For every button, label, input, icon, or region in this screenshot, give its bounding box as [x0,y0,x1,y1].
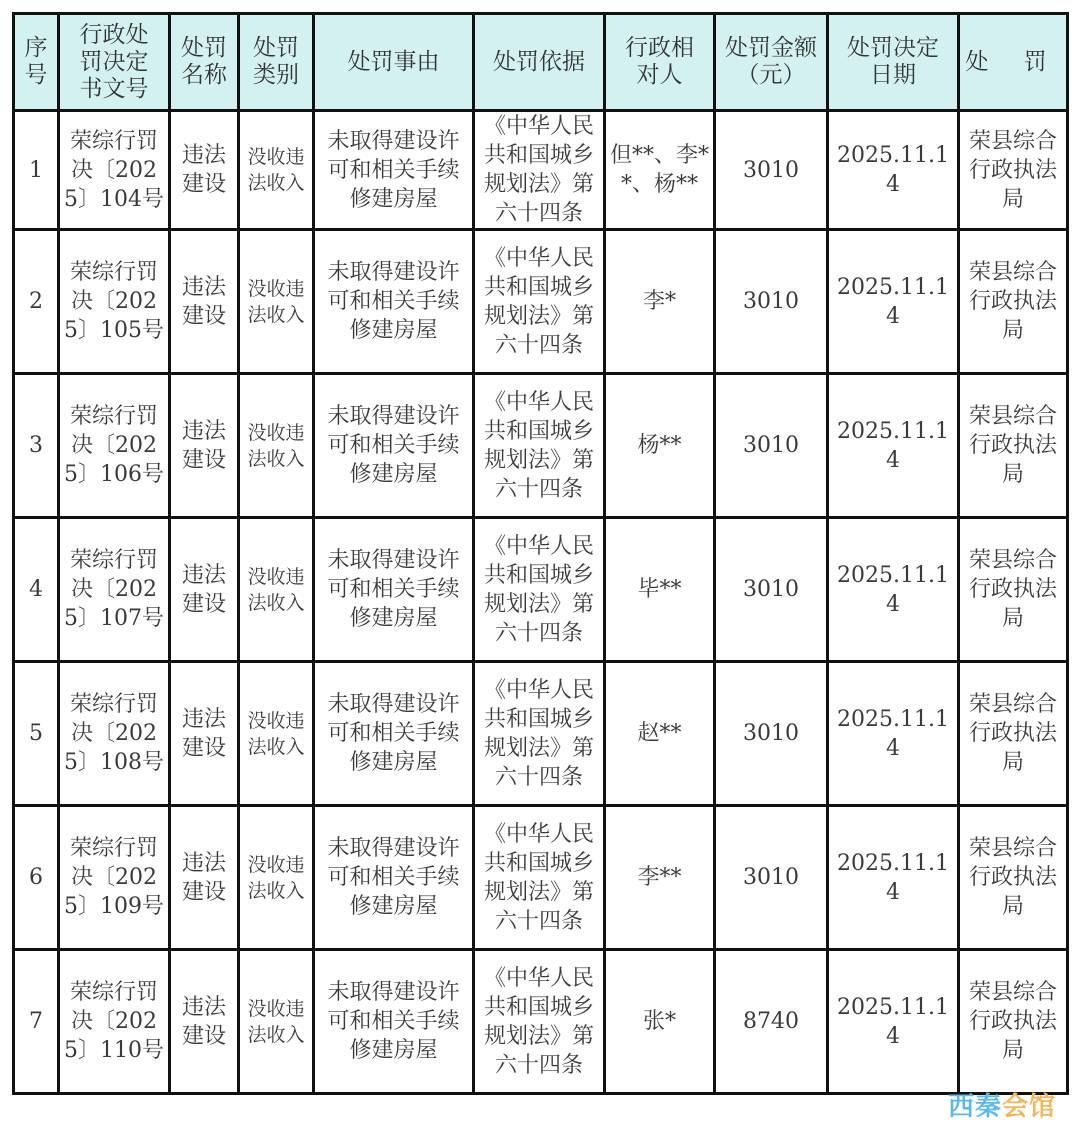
cell-reason: 未取得建设许可和相关手续修建房屋 [314,111,474,230]
header-reason: 处罚事由 [314,14,474,111]
header-row: 序号 行政处罚决定书文号 处罚名称 处罚类别 处罚事由 处罚依据 行政相对人 处… [14,14,1068,111]
header-line: 行政相 [608,35,711,62]
cell-amount: 3010 [715,518,828,662]
cell-no: 5 [14,662,59,806]
cell-doc-no: 荣综行罚决〔2025〕108号 [59,662,170,806]
header-line: 名称 [173,62,235,89]
table-row: 1荣综行罚决〔2025〕104号违法建设没收违法收入未取得建设许可和相关手续修建… [14,111,1068,230]
header-line: （元） [718,62,824,89]
header-line: 处罚决定 [831,35,955,62]
cell-party: 李* [605,230,715,374]
cell-date: 2025.11.14 [828,374,959,518]
cell-doc-no: 荣综行罚决〔2025〕110号 [59,950,170,1094]
cell-basis: 《中华人民共和国城乡规划法》第六十四条 [474,806,605,950]
cell-penalty-name: 违法建设 [170,230,239,374]
cell-amount: 3010 [715,806,828,950]
cell-penalty-name: 违法建设 [170,950,239,1094]
header-line: 序 [17,35,55,62]
cell-authority: 荣县综合行政执法局 [959,230,1068,374]
header-line: 书文号 [62,76,166,103]
header-basis: 处罚依据 [474,14,605,111]
table-row: 3荣综行罚决〔2025〕106号违法建设没收违法收入未取得建设许可和相关手续修建… [14,374,1068,518]
cell-authority: 荣县综合行政执法局 [959,374,1068,518]
cell-doc-no: 荣综行罚决〔2025〕109号 [59,806,170,950]
header-line: 处罚 [242,35,310,62]
cell-authority: 荣县综合行政执法局 [959,111,1068,230]
header-line: 处罚金额 [718,35,824,62]
cell-penalty-name: 违法建设 [170,806,239,950]
header-doc-no: 行政处罚决定书文号 [59,14,170,111]
cell-no: 6 [14,806,59,950]
header-line: 处罚依据 [477,49,601,76]
cell-basis: 《中华人民共和国城乡规划法》第六十四条 [474,230,605,374]
cell-amount: 3010 [715,374,828,518]
cell-reason: 未取得建设许可和相关手续修建房屋 [314,950,474,1094]
cell-penalty-category: 没收违法收入 [239,111,314,230]
cell-date: 2025.11.14 [828,518,959,662]
cell-basis: 《中华人民共和国城乡规划法》第六十四条 [474,662,605,806]
cell-doc-no: 荣综行罚决〔2025〕104号 [59,111,170,230]
cell-no: 1 [14,111,59,230]
table-row: 6荣综行罚决〔2025〕109号违法建设没收违法收入未取得建设许可和相关手续修建… [14,806,1068,950]
cell-date: 2025.11.14 [828,111,959,230]
cell-authority: 荣县综合行政执法局 [959,950,1068,1094]
cell-basis: 《中华人民共和国城乡规划法》第六十四条 [474,518,605,662]
cell-doc-no: 荣综行罚决〔2025〕107号 [59,518,170,662]
cell-penalty-category: 没收违法收入 [239,950,314,1094]
header-line: 处罚事由 [317,49,470,76]
cell-date: 2025.11.14 [828,230,959,374]
table-row: 4荣综行罚决〔2025〕107号违法建设没收违法收入未取得建设许可和相关手续修建… [14,518,1068,662]
cell-no: 7 [14,950,59,1094]
cell-amount: 3010 [715,111,828,230]
cell-amount: 3010 [715,230,828,374]
cell-amount: 3010 [715,662,828,806]
header-line: 日期 [831,62,955,89]
cell-party: 李** [605,806,715,950]
watermark-part2: 会馆 [1002,1092,1056,1122]
cell-penalty-name: 违法建设 [170,374,239,518]
cell-party: 杨** [605,374,715,518]
header-party: 行政相对人 [605,14,715,111]
header-line: 行政处 [62,22,166,49]
cell-basis: 《中华人民共和国城乡规划法》第六十四条 [474,111,605,230]
header-line: 号 [17,62,55,89]
cell-party: 毕** [605,518,715,662]
cell-authority: 荣县综合行政执法局 [959,662,1068,806]
cell-party: 张* [605,950,715,1094]
cell-penalty-category: 没收违法收入 [239,230,314,374]
header-authority: 处 罚 [959,14,1068,111]
cell-authority: 荣县综合行政执法局 [959,518,1068,662]
watermark-logo: 西秦会馆 [948,1086,1056,1123]
cell-penalty-category: 没收违法收入 [239,374,314,518]
cell-date: 2025.11.14 [828,806,959,950]
header-line: 处 罚 [962,49,1064,76]
header-line: 类别 [242,62,310,89]
cell-basis: 《中华人民共和国城乡规划法》第六十四条 [474,950,605,1094]
cell-party: 赵** [605,662,715,806]
header-line: 罚决定 [62,49,166,76]
cell-no: 3 [14,374,59,518]
cell-doc-no: 荣综行罚决〔2025〕105号 [59,230,170,374]
cell-doc-no: 荣综行罚决〔2025〕106号 [59,374,170,518]
cell-date: 2025.11.14 [828,950,959,1094]
cell-no: 2 [14,230,59,374]
header-amount: 处罚金额（元） [715,14,828,111]
cell-date: 2025.11.14 [828,662,959,806]
header-penalty-category: 处罚类别 [239,14,314,111]
cell-penalty-name: 违法建设 [170,111,239,230]
header-line: 处罚 [173,35,235,62]
cell-party: 但**、李**、杨** [605,111,715,230]
cell-reason: 未取得建设许可和相关手续修建房屋 [314,662,474,806]
table-row: 5荣综行罚决〔2025〕108号违法建设没收违法收入未取得建设许可和相关手续修建… [14,662,1068,806]
cell-reason: 未取得建设许可和相关手续修建房屋 [314,518,474,662]
header-penalty-name: 处罚名称 [170,14,239,111]
cell-penalty-name: 违法建设 [170,518,239,662]
cell-reason: 未取得建设许可和相关手续修建房屋 [314,374,474,518]
cell-penalty-category: 没收违法收入 [239,806,314,950]
cell-amount: 8740 [715,950,828,1094]
table-row: 7荣综行罚决〔2025〕110号违法建设没收违法收入未取得建设许可和相关手续修建… [14,950,1068,1094]
cell-penalty-name: 违法建设 [170,662,239,806]
header-no: 序号 [14,14,59,111]
header-line: 对人 [608,62,711,89]
cell-authority: 荣县综合行政执法局 [959,806,1068,950]
watermark-part1: 西秦 [948,1092,1002,1122]
cell-basis: 《中华人民共和国城乡规划法》第六十四条 [474,374,605,518]
cell-reason: 未取得建设许可和相关手续修建房屋 [314,230,474,374]
cell-penalty-category: 没收违法收入 [239,518,314,662]
header-date: 处罚决定日期 [828,14,959,111]
penalty-table: 序号 行政处罚决定书文号 处罚名称 处罚类别 处罚事由 处罚依据 行政相对人 处… [12,12,1069,1095]
cell-reason: 未取得建设许可和相关手续修建房屋 [314,806,474,950]
table-row: 2荣综行罚决〔2025〕105号违法建设没收违法收入未取得建设许可和相关手续修建… [14,230,1068,374]
cell-penalty-category: 没收违法收入 [239,662,314,806]
cell-no: 4 [14,518,59,662]
